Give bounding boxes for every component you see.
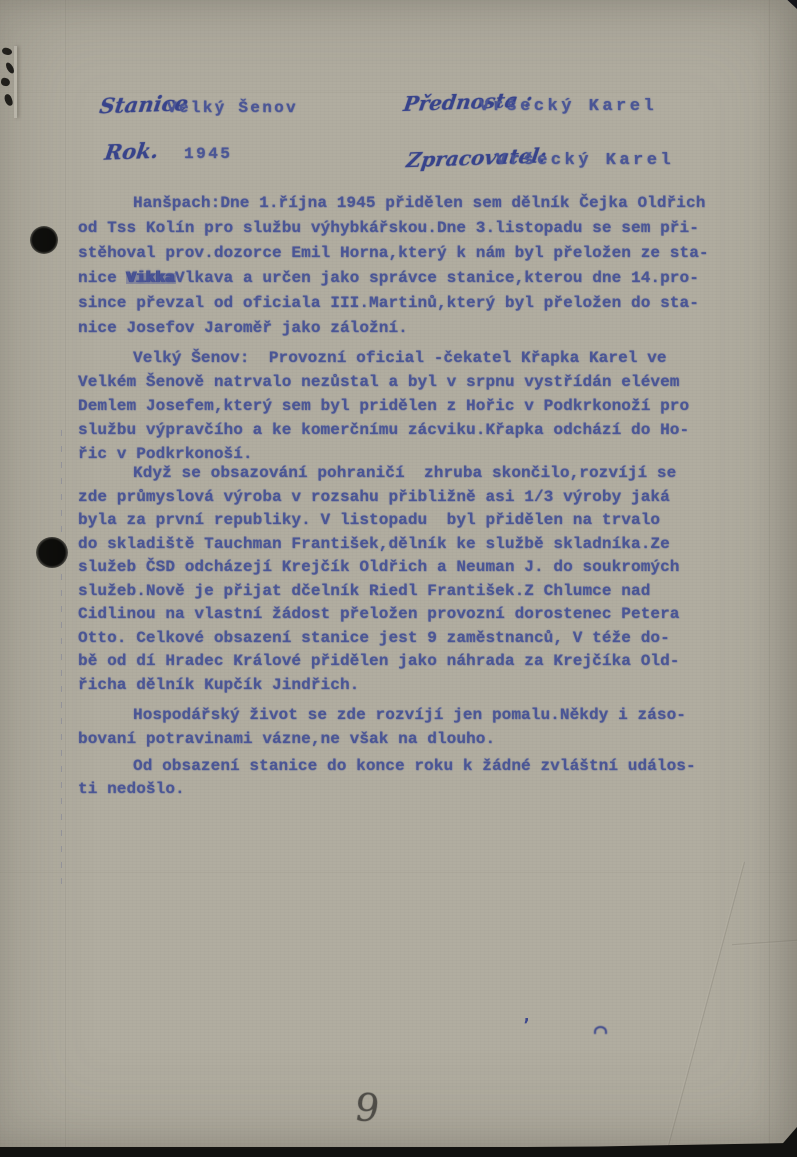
paper-sheet: Stanice Velký Šenov Přednosta : Vršecký …: [0, 0, 797, 1147]
scan-vignette: [0, 0, 797, 1147]
scanned-document: Stanice Velký Šenov Přednosta : Vršecký …: [0, 0, 797, 1157]
